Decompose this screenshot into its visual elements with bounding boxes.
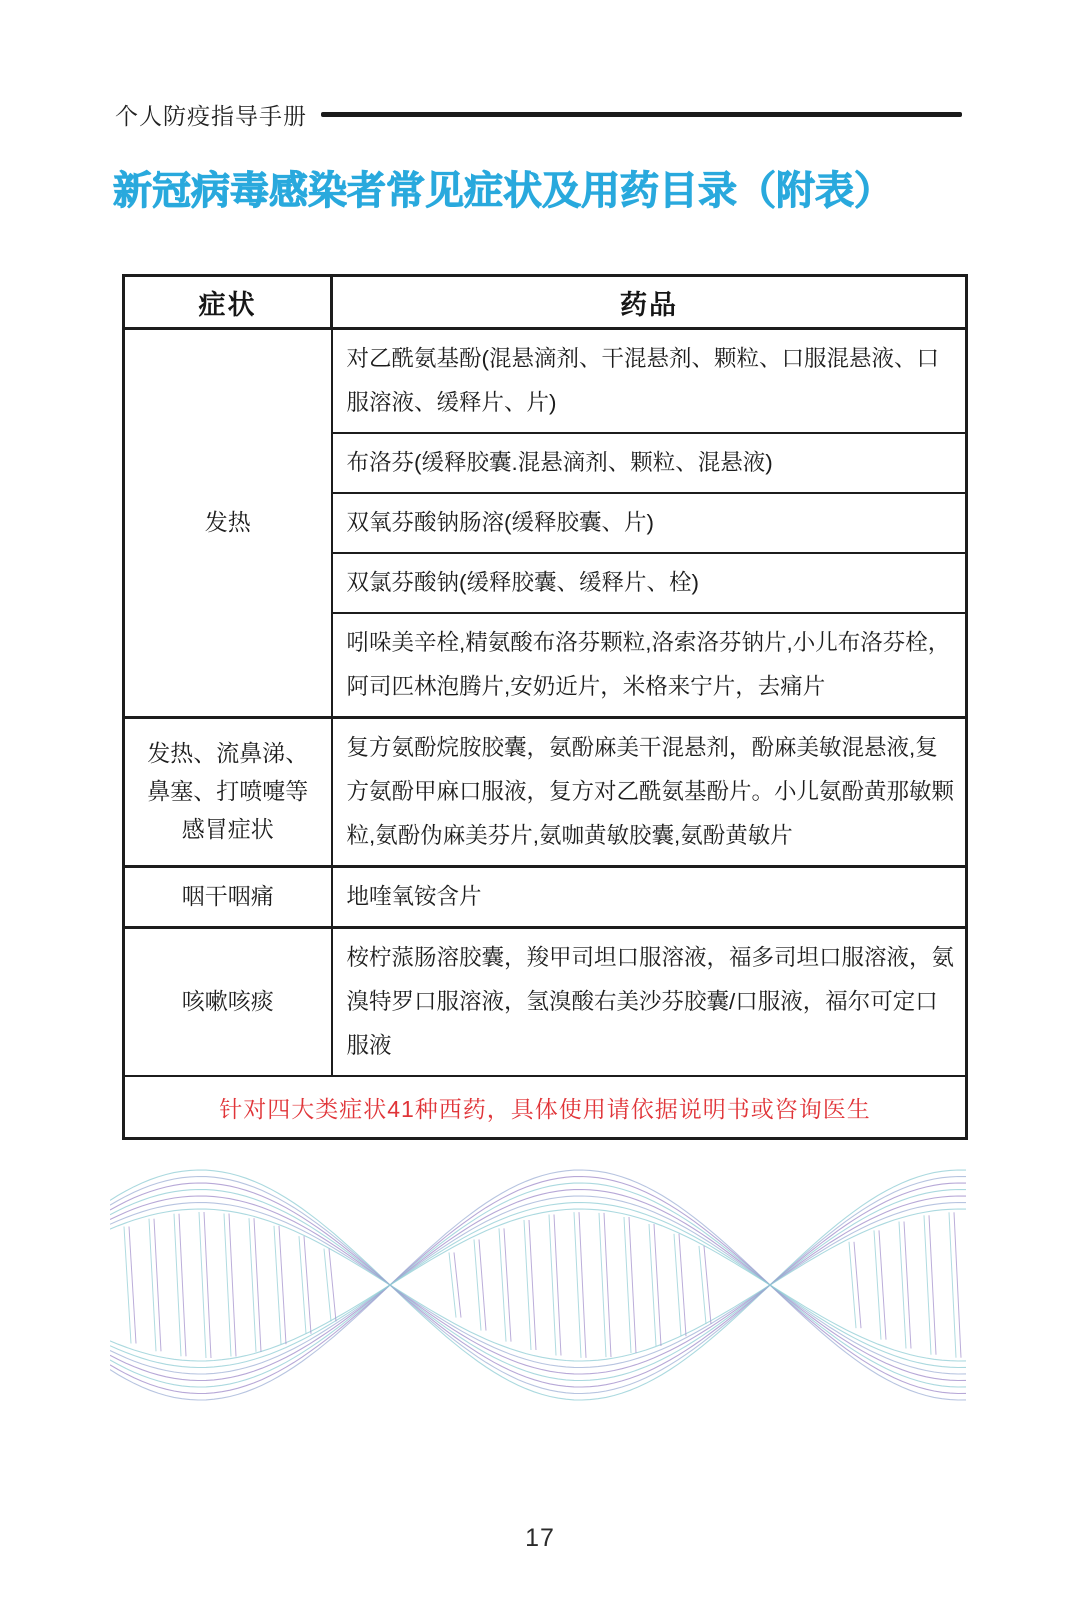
- dna-helix-graphic: [110, 1138, 970, 1433]
- symptom-medicine-table: 症状 药品 发热对乙酰氨基酚(混悬滴剂、干混悬剂、颗粒、口服混悬液、口服溶液、缓…: [122, 274, 968, 1140]
- medicine-cell: 对乙酰氨基酚(混悬滴剂、干混悬剂、颗粒、口服混悬液、口服溶液、缓释片、片): [332, 329, 967, 434]
- medicine-cell: 吲哚美辛栓,精氨酸布洛芬颗粒,洛索洛芬钠片,小儿布洛芬栓，阿司匹林泡腾片,安奶近…: [332, 613, 967, 718]
- medicines-table-body: 发热对乙酰氨基酚(混悬滴剂、干混悬剂、颗粒、口服混悬液、口服溶液、缓释片、片)布…: [124, 329, 967, 1077]
- medicine-cell: 双氯芬酸钠(缓释胶囊、缓释片、栓): [332, 553, 967, 613]
- symptom-cell: 发热: [124, 329, 332, 718]
- page-number: 17: [0, 1524, 1080, 1553]
- table-row: 发热对乙酰氨基酚(混悬滴剂、干混悬剂、颗粒、口服混悬液、口服溶液、缓释片、片): [124, 329, 967, 434]
- table-row: 咽干咽痛地喹氧铵含片: [124, 867, 967, 928]
- page-title: 新冠病毒感染者常见症状及用药目录（附表）: [113, 160, 893, 216]
- medicine-cell: 复方氨酚烷胺胶囊，氨酚麻美干混悬剂，酚麻美敏混悬液,复方氨酚甲麻口服液，复方对乙…: [332, 718, 967, 867]
- table-header-row: 症状 药品: [124, 276, 967, 329]
- symptom-cell: 发热、流鼻涕、鼻塞、打喷嚏等感冒症状: [124, 718, 332, 867]
- medicine-cell: 地喹氧铵含片: [332, 867, 967, 928]
- running-header-text: 个人防疫指导手册: [115, 98, 307, 131]
- symptom-cell: 咳嗽咳痰: [124, 928, 332, 1077]
- footnote-row: 针对四大类症状41种西药，具体使用请依据说明书或咨询医生: [124, 1076, 967, 1139]
- column-header-symptom: 症状: [124, 276, 332, 329]
- medicine-cell: 桉柠蒎肠溶胶囊，羧甲司坦口服溶液，福多司坦口服溶液，氨溴特罗口服溶液，氢溴酸右美…: [332, 928, 967, 1077]
- footnote-text: 针对四大类症状41种西药，具体使用请依据说明书或咨询医生: [124, 1076, 967, 1139]
- table-row: 咳嗽咳痰桉柠蒎肠溶胶囊，羧甲司坦口服溶液，福多司坦口服溶液，氨溴特罗口服溶液，氢…: [124, 928, 967, 1077]
- symptom-cell: 咽干咽痛: [124, 867, 332, 928]
- medicine-cell: 双氧芬酸钠肠溶(缓释胶囊、片): [332, 493, 967, 553]
- header-rule-line: [321, 112, 962, 117]
- column-header-medicine: 药品: [332, 276, 967, 329]
- medicine-cell: 布洛芬(缓释胶囊.混悬滴剂、颗粒、混悬液): [332, 433, 967, 493]
- running-header: 个人防疫指导手册: [115, 98, 962, 131]
- table-row: 发热、流鼻涕、鼻塞、打喷嚏等感冒症状复方氨酚烷胺胶囊，氨酚麻美干混悬剂，酚麻美敏…: [124, 718, 967, 867]
